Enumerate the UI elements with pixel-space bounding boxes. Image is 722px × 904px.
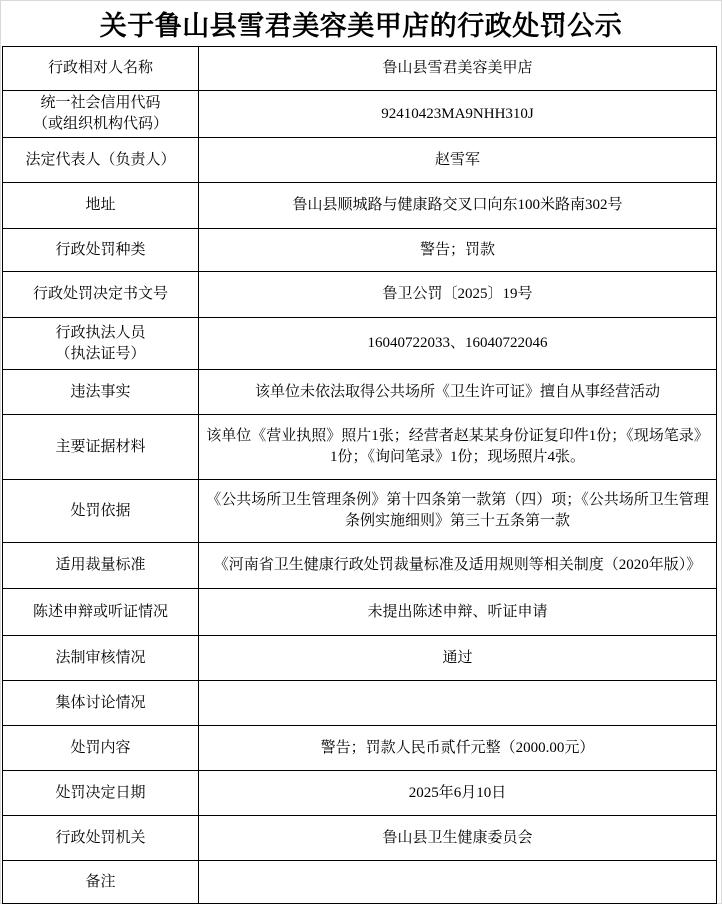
table-row-remarks: 备注 <box>3 861 717 904</box>
penalty-notice-table: 行政相对人名称 鲁山县雪君美容美甲店 统一社会信用代码（或组织机构代码） 924… <box>2 46 717 904</box>
row-label-text: 集体讨论情况 <box>9 693 192 714</box>
row-label-text: 适用裁量标准 <box>9 555 192 576</box>
table-row-decision-date: 处罚决定日期 2025年6月10日 <box>3 771 717 816</box>
row-label: 主要证据材料 <box>3 415 199 480</box>
row-label: 行政处罚种类 <box>3 229 199 272</box>
table-row-enforcement-officers: 行政执法人员（执法证号） 16040722033、16040722046 <box>3 318 717 370</box>
row-value <box>199 681 717 726</box>
row-label-text: 行政处罚种类 <box>9 240 192 261</box>
penalty-notice-page: 关于鲁山县雪君美容美甲店的行政处罚公示 行政相对人名称 鲁山县雪君美容美甲店 统… <box>0 0 722 904</box>
row-label-text: 违法事实 <box>9 382 192 403</box>
row-value: 警告；罚款 <box>199 229 717 272</box>
page-title: 关于鲁山县雪君美容美甲店的行政处罚公示 <box>1 1 721 46</box>
row-label: 陈述申辩或听证情况 <box>3 589 199 636</box>
row-label-text: 法制审核情况 <box>9 648 192 669</box>
table-row-penalty-authority: 行政处罚机关 鲁山县卫生健康委员会 <box>3 816 717 861</box>
row-label: 行政执法人员（执法证号） <box>3 318 199 370</box>
table-row-penalty-type: 行政处罚种类 警告；罚款 <box>3 229 717 272</box>
row-value: 鲁山县雪君美容美甲店 <box>199 47 717 91</box>
row-label-text: 陈述申辩或听证情况 <box>9 602 192 623</box>
row-label: 处罚决定日期 <box>3 771 199 816</box>
row-label-text: 行政处罚决定书文号 <box>9 284 192 305</box>
row-value: 16040722033、16040722046 <box>199 318 717 370</box>
table-row-discretion-standard: 适用裁量标准 《河南省卫生健康行政处罚裁量标准及适用规则等相关制度（2020年版… <box>3 543 717 589</box>
row-value: 《公共场所卫生管理条例》第十四条第一款第（四）项；《公共场所卫生管理条例实施细则… <box>199 480 717 543</box>
row-label-text: 法定代表人（负责人） <box>9 150 192 171</box>
table-row-legal-review: 法制审核情况 通过 <box>3 636 717 681</box>
table-row-penalty-basis: 处罚依据 《公共场所卫生管理条例》第十四条第一款第（四）项；《公共场所卫生管理条… <box>3 480 717 543</box>
row-value: 92410423MA9NHH310J <box>199 91 717 138</box>
row-label: 法制审核情况 <box>3 636 199 681</box>
row-label: 法定代表人（负责人） <box>3 138 199 183</box>
table-row-illegal-facts: 违法事实 该单位未依法取得公共场所《卫生许可证》擅自从事经营活动 <box>3 370 717 415</box>
row-label-text: 处罚依据 <box>9 501 192 522</box>
penalty-notice-table-body: 行政相对人名称 鲁山县雪君美容美甲店 统一社会信用代码（或组织机构代码） 924… <box>3 47 717 904</box>
table-row-penalty-content: 处罚内容 警告；罚款人民币贰仟元整（2000.00元） <box>3 726 717 771</box>
row-value: 鲁山县卫生健康委员会 <box>199 816 717 861</box>
row-value: 鲁山县顺城路与健康路交叉口向东100米路南302号 <box>199 183 717 229</box>
row-label: 处罚依据 <box>3 480 199 543</box>
row-label: 适用裁量标准 <box>3 543 199 589</box>
row-value: 2025年6月10日 <box>199 771 717 816</box>
row-value: 《河南省卫生健康行政处罚裁量标准及适用规则等相关制度（2020年版）》 <box>199 543 717 589</box>
row-label: 行政处罚决定书文号 <box>3 272 199 318</box>
row-label: 地址 <box>3 183 199 229</box>
row-value: 鲁卫公罚〔2025〕19号 <box>199 272 717 318</box>
row-label-text: 备注 <box>9 872 192 893</box>
row-label-text: 行政执法人员 <box>9 323 192 344</box>
row-label: 行政处罚机关 <box>3 816 199 861</box>
table-row-statement-hearing: 陈述申辩或听证情况 未提出陈述申辩、听证申请 <box>3 589 717 636</box>
row-label-text: 行政处罚机关 <box>9 828 192 849</box>
row-value: 该单位《营业执照》照片1张；经营者赵某某身份证复印件1份；《现场笔录》1份；《询… <box>199 415 717 480</box>
row-value: 警告；罚款人民币贰仟元整（2000.00元） <box>199 726 717 771</box>
row-label: 行政相对人名称 <box>3 47 199 91</box>
table-row-address: 地址 鲁山县顺城路与健康路交叉口向东100米路南302号 <box>3 183 717 229</box>
table-row-decision-document-number: 行政处罚决定书文号 鲁卫公罚〔2025〕19号 <box>3 272 717 318</box>
row-label: 备注 <box>3 861 199 904</box>
row-label: 违法事实 <box>3 370 199 415</box>
row-label-text-line2: （执法证号） <box>9 344 192 365</box>
table-row-credit-code: 统一社会信用代码（或组织机构代码） 92410423MA9NHH310J <box>3 91 717 138</box>
row-label-text: 地址 <box>9 195 192 216</box>
row-label-text-line2: （或组织机构代码） <box>9 114 192 135</box>
table-row-subject-name: 行政相对人名称 鲁山县雪君美容美甲店 <box>3 47 717 91</box>
row-value: 赵雪军 <box>199 138 717 183</box>
row-value: 通过 <box>199 636 717 681</box>
row-label-text: 主要证据材料 <box>9 437 192 458</box>
table-row-collective-discussion: 集体讨论情况 <box>3 681 717 726</box>
row-label-text: 处罚内容 <box>9 738 192 759</box>
row-label-text: 处罚决定日期 <box>9 783 192 804</box>
table-row-legal-representative: 法定代表人（负责人） 赵雪军 <box>3 138 717 183</box>
row-label: 集体讨论情况 <box>3 681 199 726</box>
row-label-text: 行政相对人名称 <box>9 58 192 79</box>
row-label: 统一社会信用代码（或组织机构代码） <box>3 91 199 138</box>
row-value: 该单位未依法取得公共场所《卫生许可证》擅自从事经营活动 <box>199 370 717 415</box>
table-row-evidence-materials: 主要证据材料 该单位《营业执照》照片1张；经营者赵某某身份证复印件1份；《现场笔… <box>3 415 717 480</box>
row-value <box>199 861 717 904</box>
row-label-text: 统一社会信用代码 <box>9 93 192 114</box>
row-value: 未提出陈述申辩、听证申请 <box>199 589 717 636</box>
row-label: 处罚内容 <box>3 726 199 771</box>
